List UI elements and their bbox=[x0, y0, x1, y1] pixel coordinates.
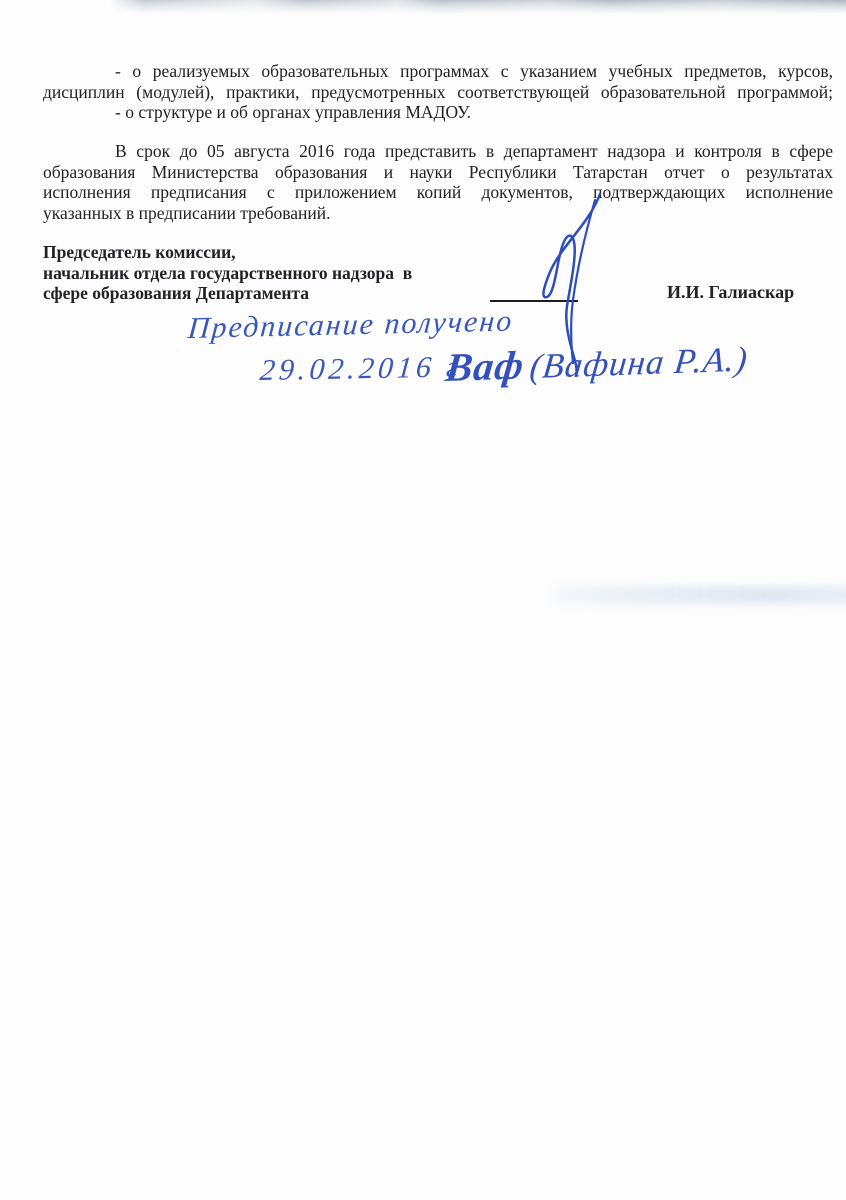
signer-role-line: Председатель комиссии, bbox=[43, 242, 513, 263]
handwritten-signature: Ваф(Вафина Р.А.) bbox=[444, 333, 751, 391]
body-text-line: - о структуре и об органах управления МА… bbox=[43, 102, 833, 123]
body-text-line: дисциплин (модулей), практики, предусмот… bbox=[43, 82, 833, 103]
signature-rule-line bbox=[490, 300, 578, 302]
scanned-document-page: - о реализуемых образовательных программ… bbox=[0, 0, 846, 1200]
body-text-line: В срок до 05 августа 2016 года представи… bbox=[43, 141, 833, 162]
body-text-line: образования Министерства образования и н… bbox=[43, 162, 833, 183]
body-text-line: - о реализуемых образовательных программ… bbox=[43, 61, 833, 82]
scanner-edge-artifact bbox=[0, 0, 846, 14]
signer-name-note: (Вафина Р.А.) bbox=[528, 339, 750, 386]
body-text-line: указанных в предписании требований. bbox=[43, 203, 833, 224]
signer-role-line: начальник отдела государственного надзор… bbox=[43, 263, 513, 284]
signature-role-block: Председатель комиссии, начальник отдела … bbox=[43, 242, 513, 304]
show-through-smudge bbox=[552, 586, 846, 604]
signer-role-line: сфере образования Департамента bbox=[43, 283, 513, 304]
handwritten-received-note: Предписание получено bbox=[187, 305, 515, 346]
handwritten-date: 29.02.2016 г bbox=[259, 350, 464, 388]
signer-name: И.И. Галиаскар bbox=[667, 282, 794, 303]
signature-scrawl: Ваф bbox=[444, 342, 527, 390]
paragraph-programs-info: - о реализуемых образовательных программ… bbox=[43, 61, 833, 123]
body-text-line: исполнения предписания с приложением коп… bbox=[43, 182, 833, 203]
paragraph-deadline-requirement: В срок до 05 августа 2016 года представи… bbox=[43, 141, 833, 223]
